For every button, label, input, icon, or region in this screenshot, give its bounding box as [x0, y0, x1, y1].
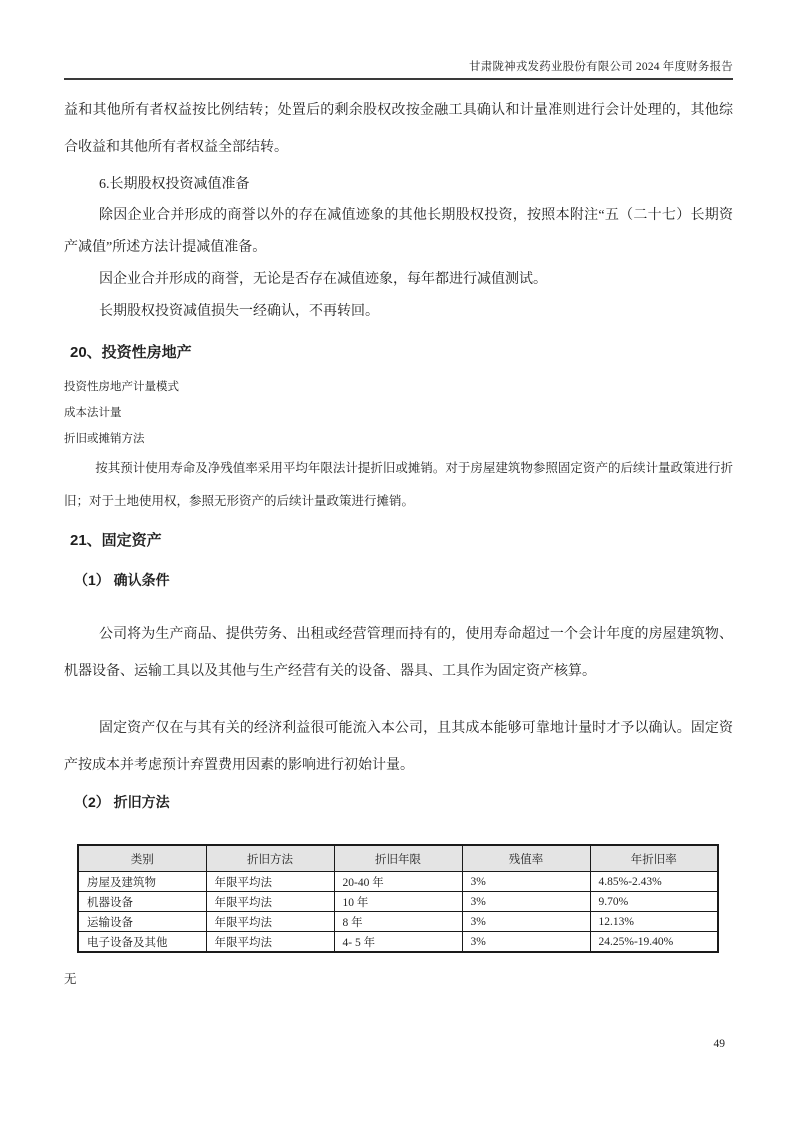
- table-row: 房屋及建筑物 年限平均法 20-40 年 3% 4.85%-2.43%: [78, 872, 718, 892]
- cell-category: 运输设备: [78, 912, 206, 932]
- sec20-measurement-mode-line: 投资性房地产计量模式: [64, 374, 733, 400]
- col-header-useful-life: 折旧年限: [334, 845, 462, 872]
- cell-residual-rate: 3%: [462, 892, 590, 912]
- cell-method: 年限平均法: [206, 872, 334, 892]
- sec20-cost-method-line: 成本法计量: [64, 400, 733, 426]
- cell-annual-rate: 9.70%: [590, 892, 718, 912]
- carryover-paragraph: 益和其他所有者权益按比例结转；处置后的剩余股权改按金融工具确认和计量准则进行会计…: [64, 92, 733, 166]
- cell-category: 机器设备: [78, 892, 206, 912]
- cell-method: 年限平均法: [206, 892, 334, 912]
- section-21-sub1-paragraph-2: 固定资产仅在与其有关的经济利益很可能流入本公司，且其成本能够可靠地计量时才予以确…: [64, 710, 733, 784]
- table-row: 电子设备及其他 年限平均法 4- 5 年 3% 24.25%-19.40%: [78, 932, 718, 953]
- sec20-depreciation-method-line: 折旧或摊销方法: [64, 426, 733, 452]
- col-header-category: 类别: [78, 845, 206, 872]
- section-21-sub2-heading: （2） 折旧方法: [64, 790, 733, 814]
- cell-residual-rate: 3%: [462, 912, 590, 932]
- cell-useful-life: 8 年: [334, 912, 462, 932]
- table-row: 运输设备 年限平均法 8 年 3% 12.13%: [78, 912, 718, 932]
- cell-residual-rate: 3%: [462, 932, 590, 953]
- item6-paragraph-1: 除因企业合并形成的商誉以外的存在减值迹象的其他长期股权投资，按照本附注“五（二十…: [64, 200, 733, 264]
- depreciation-table: 类别 折旧方法 折旧年限 残值率 年折旧率 房屋及建筑物 年限平均法 20-40…: [77, 844, 719, 953]
- cell-annual-rate: 12.13%: [590, 912, 718, 932]
- item6-title: 6.长期股权投资减值准备: [64, 170, 733, 200]
- cell-category: 房屋及建筑物: [78, 872, 206, 892]
- cell-annual-rate: 4.85%-2.43%: [590, 872, 718, 892]
- cell-method: 年限平均法: [206, 932, 334, 953]
- cell-category: 电子设备及其他: [78, 932, 206, 953]
- after-table-note: 无: [64, 969, 733, 989]
- section-20-heading: 20、投资性房地产: [64, 340, 733, 366]
- page-number: 49: [714, 1038, 726, 1050]
- table-row: 机器设备 年限平均法 10 年 3% 9.70%: [78, 892, 718, 912]
- item6-paragraph-2: 因企业合并形成的商誉，无论是否存在减值迹象，每年都进行减值测试。: [64, 264, 733, 296]
- cell-method: 年限平均法: [206, 912, 334, 932]
- section-21-heading: 21、固定资产: [64, 528, 733, 554]
- cell-useful-life: 4- 5 年: [334, 932, 462, 953]
- col-header-annual-rate: 年折旧率: [590, 845, 718, 872]
- cell-residual-rate: 3%: [462, 872, 590, 892]
- cell-useful-life: 20-40 年: [334, 872, 462, 892]
- depreciation-table-header-row: 类别 折旧方法 折旧年限 残值率 年折旧率: [78, 845, 718, 872]
- section-20-paragraph: 按其预计使用寿命及净残值率采用平均年限法计提折旧或摊销。对于房屋建筑物参照固定资…: [64, 452, 733, 518]
- report-page: 甘肃陇神戎发药业股份有限公司 2024 年度财务报告 益和其他所有者权益按比例结…: [0, 0, 793, 1122]
- section-21-sub1-heading: （1） 确认条件: [64, 568, 733, 592]
- col-header-residual-rate: 残值率: [462, 845, 590, 872]
- section-20-measurement-block: 投资性房地产计量模式 成本法计量 折旧或摊销方法: [64, 374, 733, 452]
- item6-paragraph-3: 长期股权投资减值损失一经确认，不再转回。: [64, 296, 733, 328]
- col-header-method: 折旧方法: [206, 845, 334, 872]
- cell-annual-rate: 24.25%-19.40%: [590, 932, 718, 953]
- cell-useful-life: 10 年: [334, 892, 462, 912]
- page-header-title: 甘肃陇神戎发药业股份有限公司 2024 年度财务报告: [64, 0, 733, 80]
- section-21-sub1-paragraph-1: 公司将为生产商品、提供劳务、出租或经营管理而持有的，使用寿命超过一个会计年度的房…: [64, 616, 733, 690]
